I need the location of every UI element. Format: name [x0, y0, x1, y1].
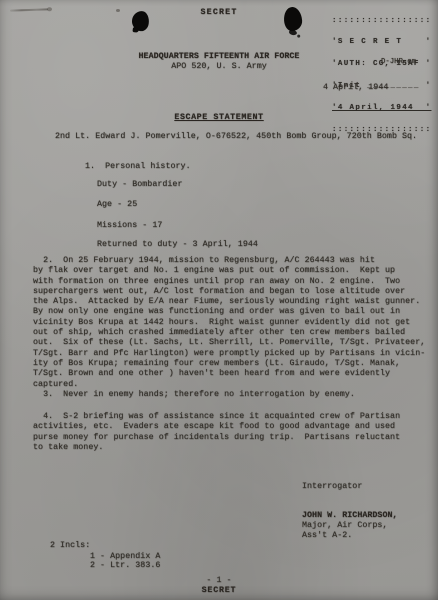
classification-top: SECRET	[200, 8, 237, 18]
page-number: - 1 -	[206, 576, 231, 586]
signature-rank: Major, Air Corps,	[302, 521, 388, 531]
ink-blot-right	[283, 6, 303, 31]
paragraph-4-briefing: 4. S-2 briefing was of assistance since …	[33, 412, 435, 453]
age-line: Age - 25	[97, 200, 137, 210]
letterhead-line2: APO 520, U. S. Army	[171, 62, 267, 72]
signature-name: JOHN W. RICHARDSON,	[302, 511, 398, 521]
stamp-secret-line: 'S E C R E T '	[332, 39, 436, 46]
ink-blot-left	[131, 10, 151, 32]
secret-auth-stamp: ::::::::::::::::: 'S E C R E T ' 'AUTH: …	[332, 3, 436, 149]
document-title: ESCAPE STATEMENT	[174, 113, 263, 123]
stamp-date-line: '4 April, 1944 '	[332, 105, 436, 112]
enclosure-item-2: 2 - Ltr. 383.6	[90, 561, 160, 571]
ink-speck	[116, 9, 120, 12]
enclosures-heading: 2 Incls:	[50, 541, 90, 551]
office-initials: D-JHR-em	[381, 57, 416, 67]
paragraph-3-enemy-hands: 3. Never in enemy hands; therefore no in…	[33, 390, 435, 400]
subject-line: 2nd Lt. Edward J. Pomerville, O-676522, …	[55, 132, 417, 142]
document-date: 4 April, 1944	[323, 83, 388, 93]
interrogator-label: Interrogator	[302, 482, 362, 492]
missions-line: Missions - 17	[97, 221, 162, 231]
stamp-border-top: :::::::::::::::::	[332, 18, 436, 25]
pencil-scribble-mark	[10, 8, 48, 11]
personal-history-heading: 1. Personal history.	[85, 162, 191, 172]
signature-role: Ass't A-2.	[302, 531, 352, 541]
scanned-document-page: SECRET ::::::::::::::::: 'S E C R E T ' …	[0, 0, 438, 600]
duty-line: Duty - Bombardier	[97, 180, 183, 190]
returned-to-duty-line: Returned to duty - 3 April, 1944	[97, 240, 258, 250]
paragraph-2-mission-account: 2. On 25 February 1944, mission to Regen…	[33, 256, 435, 390]
letterhead-line1: HEADQUARTERS FIFTEENTH AIR FORCE	[139, 52, 300, 62]
classification-bottom: SECRET	[202, 586, 237, 596]
